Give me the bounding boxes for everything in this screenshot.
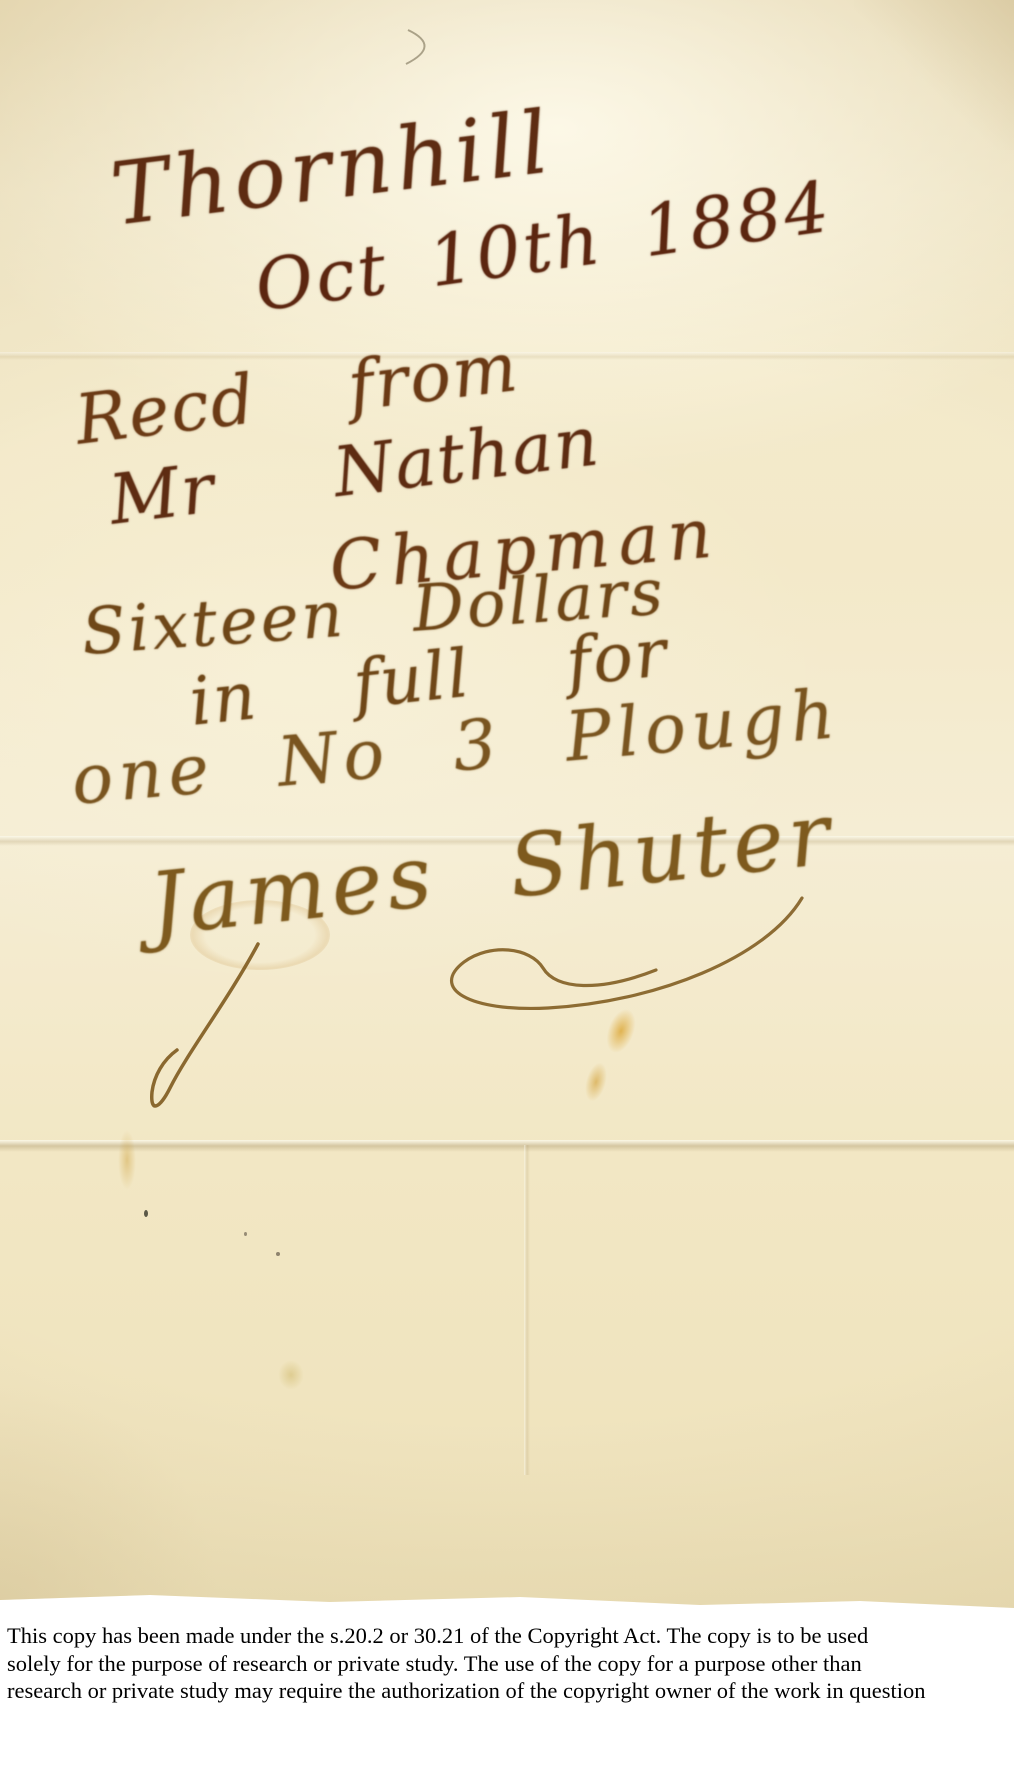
scan-viewport: Thornhill Oct 10th 1884 Recd from Mr Nat… [0, 0, 1014, 1766]
signature: James Shuter [145, 784, 840, 955]
stain [278, 1360, 304, 1390]
speck [244, 1232, 247, 1236]
pencil-mark [406, 30, 425, 64]
speck [144, 1210, 148, 1217]
fold-crease-vertical [524, 1145, 530, 1475]
copyright-notice: This copy has been made under the s.20.2… [7, 1622, 1014, 1705]
speck [276, 1252, 280, 1256]
stain [581, 1060, 611, 1104]
fold-crease [0, 1140, 1014, 1152]
scan-paper: Thornhill Oct 10th 1884 Recd from Mr Nat… [0, 0, 1014, 1608]
notice-line: solely for the purpose of research or pr… [7, 1650, 1014, 1678]
stain [601, 1005, 641, 1057]
corner-shadow [854, 0, 1014, 150]
notice-line: This copy has been made under the s.20.2… [7, 1622, 1014, 1650]
corner-shadow [0, 1380, 220, 1600]
notice-line: research or private study may require th… [7, 1677, 1014, 1705]
stain [118, 1130, 136, 1190]
